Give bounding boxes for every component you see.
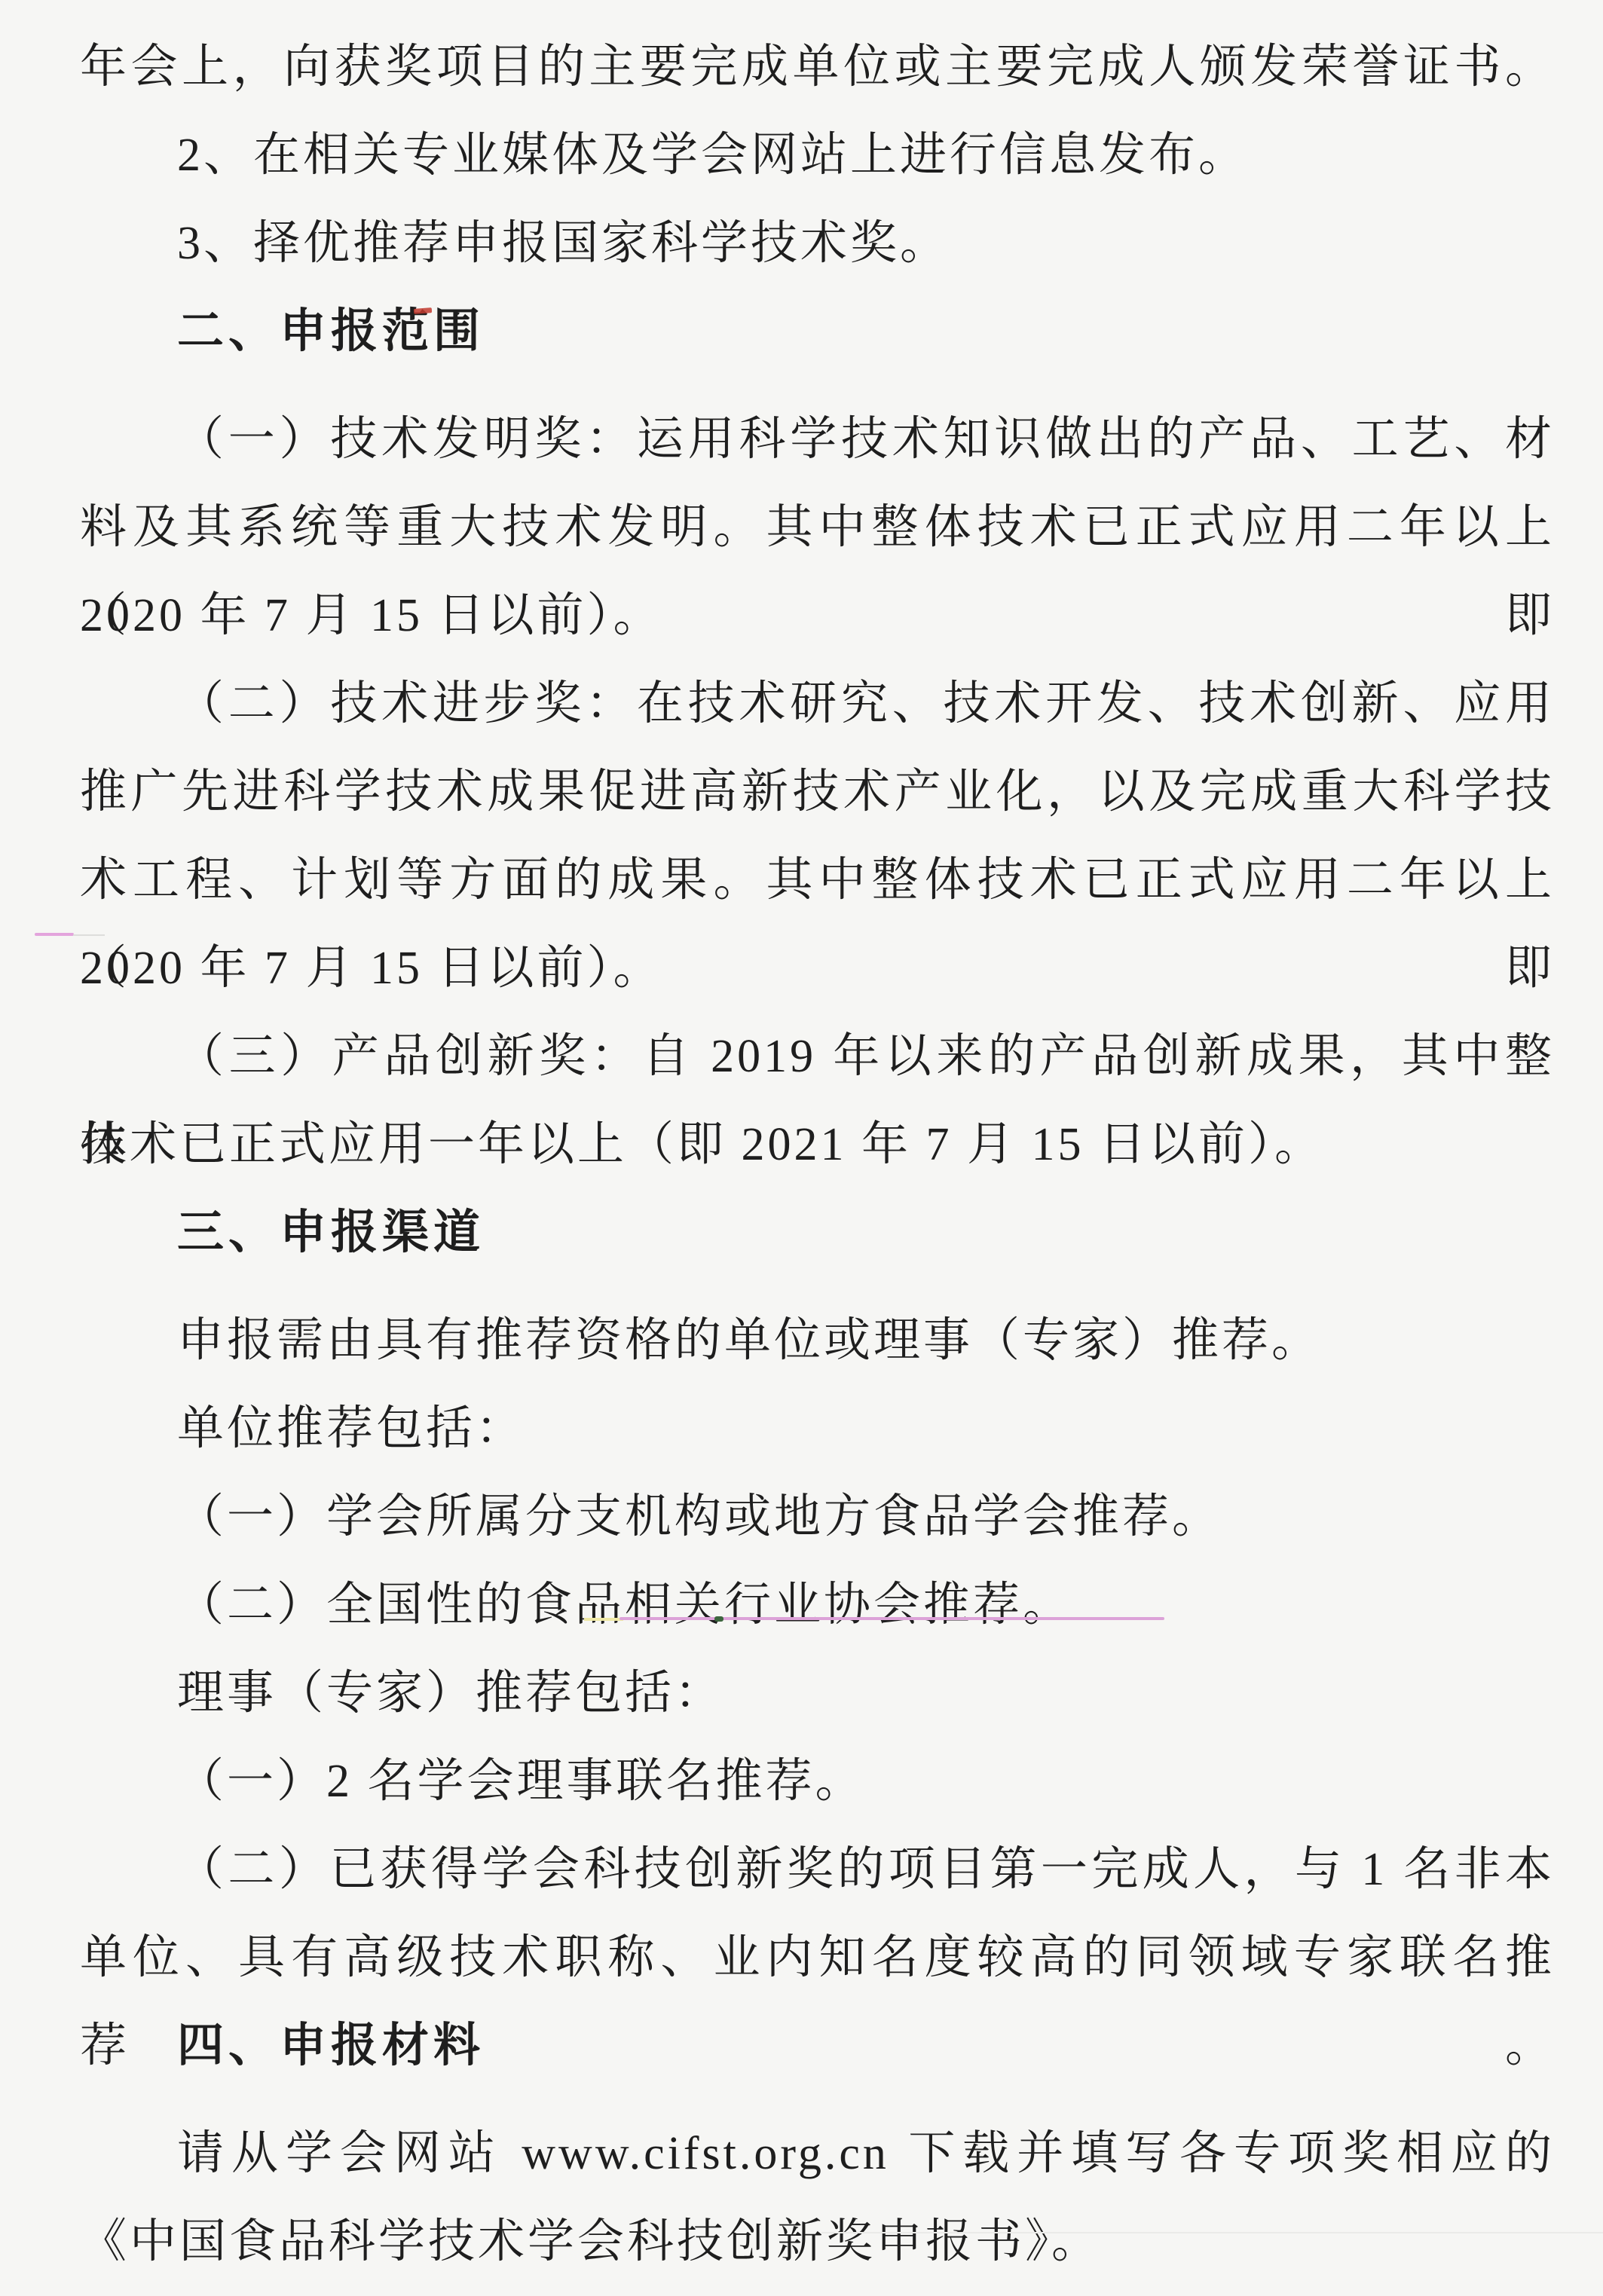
line-media-publication: 2、在相关专业媒体及学会网站上进行信息发布。	[80, 112, 1555, 200]
heading-application-channels: 三、申报渠道	[80, 1189, 1555, 1277]
line-two-directors-recommendation: （一）2 名学会理事联名推荐。	[80, 1738, 1555, 1826]
line-honor-certificate: 年会上，向获奖项目的主要完成单位或主要完成人颁发荣誉证书。	[80, 23, 1555, 112]
line-download-form-1: 请从学会网站 www.cifst.org.cn 下载并填写各专项奖相应的	[80, 2110, 1555, 2198]
line-first-completer-recommendation-2: 单位、具有高级技术职称、业内知名度较高的同领域专家联名推荐。	[80, 1914, 1555, 2002]
line-product-innovation-award-1: （三）产品创新奖：自 2019 年以来的产品创新成果，其中整体	[80, 1013, 1555, 1101]
line-recommendation-requirement: 申报需由具有推荐资格的单位或理事（专家）推荐。	[80, 1297, 1555, 1385]
line-progress-award-2: 推广先进科学技术成果促进高新技术产业化，以及完成重大科学技	[80, 748, 1555, 836]
line-product-innovation-award-2: 技术已正式应用一年以上（即 2021 年 7 月 15 日以前）。	[80, 1101, 1555, 1189]
line-director-recommendation-includes: 理事（专家）推荐包括：	[80, 1649, 1555, 1738]
line-unit-recommendation-includes: 单位推荐包括：	[80, 1385, 1555, 1473]
line-association-recommendation: （二）全国性的食品相关行业协会推荐。	[80, 1561, 1555, 1649]
line-progress-award-3: 术工程、计划等方面的成果。其中整体技术已正式应用二年以上（即	[80, 836, 1555, 925]
document-body: 年会上，向获奖项目的主要完成单位或主要完成人颁发荣誉证书。 2、在相关专业媒体及…	[80, 23, 1555, 2286]
line-invention-award-1: （一）技术发明奖：运用科学技术知识做出的产品、工艺、材	[80, 396, 1555, 484]
line-progress-award-1: （二）技术进步奖：在技术研究、技术开发、技术创新、应用	[80, 660, 1555, 748]
line-first-completer-recommendation-1: （二）已获得学会科技创新奖的项目第一完成人，与 1 名非本	[80, 1826, 1555, 1914]
line-national-award-recommendation: 3、择优推荐申报国家科学技术奖。	[80, 200, 1555, 288]
document-page: 年会上，向获奖项目的主要完成单位或主要完成人颁发荣誉证书。 2、在相关专业媒体及…	[0, 0, 1603, 2296]
line-invention-award-2: 料及其系统等重大技术发明。其中整体技术已正式应用二年以上（即	[80, 484, 1555, 572]
heading-application-scope: 二、申报范围	[80, 288, 1555, 376]
line-download-form-2: 《中国食品科学技术学会科技创新奖申报书》。	[80, 2198, 1555, 2286]
scan-crease-pink	[35, 933, 74, 936]
line-branch-recommendation: （一）学会所属分支机构或地方食品学会推荐。	[80, 1473, 1555, 1561]
